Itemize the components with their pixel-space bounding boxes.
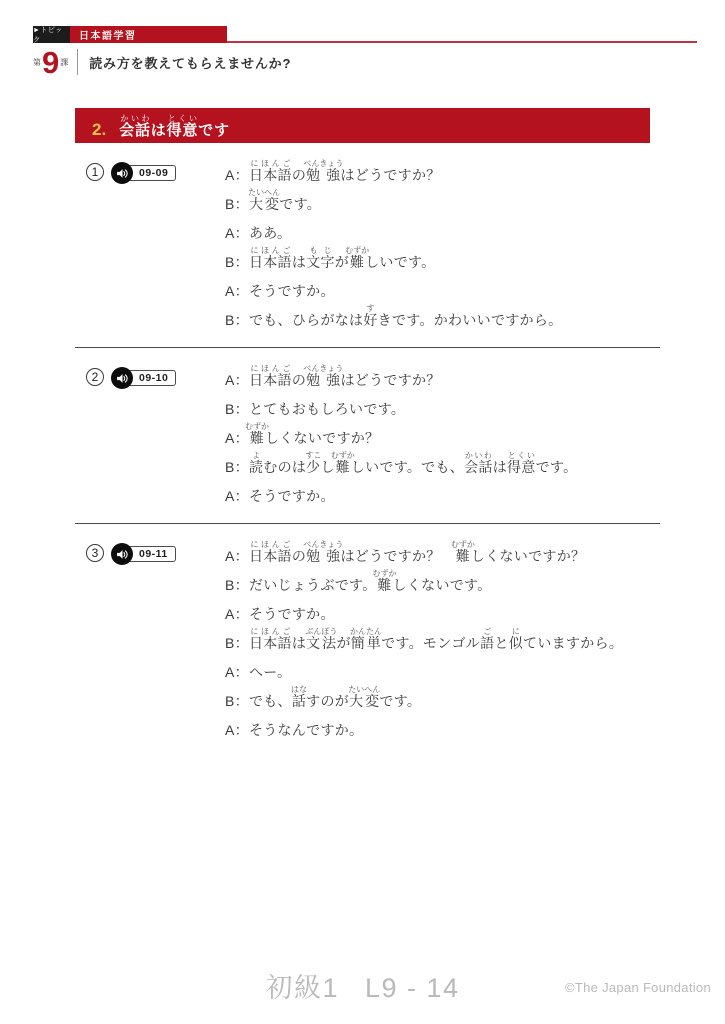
ruby-text: 会話かいわ (119, 122, 151, 139)
dialogue-line: B：日本語にほんごは文字もじが難むずかしいです。 (225, 243, 660, 272)
lesson-title: 読み方を教えてもらえませんか? (89, 53, 291, 72)
ruby-text: 文字もじ (306, 254, 335, 270)
dialogue-line-text: A：そうですか。 (225, 284, 335, 298)
ruby-text: 少すこ (306, 459, 320, 475)
ruby-text: 会話かいわ (464, 459, 493, 475)
dialogue-line: A：難むずかしくないですか？ (225, 419, 660, 448)
speaker-label: B： (225, 196, 249, 212)
speaker-label: B： (225, 254, 249, 270)
dialogue-line: A：日本語にほんごの勉強べんきょうはどうですか？ (225, 361, 660, 390)
dialogues: 109-09A：日本語にほんごの勉強べんきょうはどうですか？B：大変たいへんです… (75, 156, 660, 740)
dialogue-line-text: A：日本語にほんごの勉強べんきょうはどうですか？ 難むずかしくないですか？ (225, 540, 585, 563)
dialogue-line: A：そうなんですか。 (225, 711, 660, 740)
speaker-label: B： (225, 577, 249, 593)
dialogue-line: A：日本語にほんごの勉強べんきょうはどうですか？ 難むずかしくないですか？ (225, 537, 660, 566)
speaker-label: B： (225, 693, 249, 709)
ruby-text: 読よ (249, 459, 263, 475)
header-strip: ►トピック 日本語学習 (33, 26, 697, 43)
footer-level: 初級1 (265, 973, 339, 1003)
speaker-label: A： (225, 167, 249, 183)
speaker-label: A： (225, 225, 249, 241)
ruby-text: 話はな (292, 693, 306, 709)
speaker-label: B： (225, 401, 249, 417)
dialogue-line-text: A：そうですか。 (225, 607, 335, 621)
speaker-label: A： (225, 722, 249, 738)
lesson-divider (77, 49, 78, 75)
lesson-prefix: 第 (33, 57, 41, 68)
dialogue-block: 309-11A：日本語にほんごの勉強べんきょうはどうですか？ 難むずかしくないで… (75, 537, 660, 740)
ruby-text: 難むずか (335, 459, 351, 475)
ruby-text: 難むずか (249, 430, 265, 446)
speaker-label: A： (225, 664, 249, 680)
ruby-text: 似に (509, 635, 523, 651)
dialogue-line: B：とてもおもしろいです。 (225, 390, 660, 419)
dialogue-divider (75, 523, 660, 524)
speaker-icon-button[interactable] (111, 367, 133, 389)
dialogue-meta: 109-09 (86, 156, 225, 330)
dialogue-line: A：そうですか。 (225, 272, 660, 301)
lesson-suffix: 課 (60, 57, 68, 68)
dialogue-line-text: B：読よむのは少すこし難むずかしいです。でも、会話かいわは得意とくいです。 (225, 451, 577, 474)
ruby-text: 勉強べんきょう (306, 372, 340, 388)
dialogue-lines: A：日本語にほんごの勉強べんきょうはどうですか？ 難むずかしくないですか？B：だ… (225, 537, 660, 740)
speaker-label: B： (225, 635, 249, 651)
speaker-icon (116, 372, 129, 385)
dialogue-line-text: A：そうなんですか。 (225, 723, 363, 737)
dialogue-line-text: B：とてもおもしろいです。 (225, 402, 405, 416)
topic-category-bar: 日本語学習 (70, 26, 227, 43)
speaker-label: A： (225, 606, 249, 622)
dialogue-line: B：でも、話はなすのが大変たいへんです。 (225, 682, 660, 711)
copyright: ©The Japan Foundation (565, 980, 711, 995)
topic-tab: ►トピック (33, 26, 70, 43)
dialogue-lines: A：日本語にほんごの勉強べんきょうはどうですか？B：とてもおもしろいです。A：難… (225, 361, 660, 506)
section-number: 2. (92, 121, 106, 138)
dialogue-number-badge: 3 (86, 544, 104, 562)
speaker-icon-button[interactable] (111, 543, 133, 565)
ruby-text: 簡単かんたん (351, 635, 381, 651)
audio-play-chip[interactable]: 09-10 (111, 368, 207, 390)
header-rule (227, 41, 697, 43)
dialogue-lines: A：日本語にほんごの勉強べんきょうはどうですか？B：大変たいへんです。A：ああ。… (225, 156, 660, 330)
speaker-label: B： (225, 459, 249, 475)
speaker-label: A： (225, 372, 249, 388)
section-title: 会話かいわは得意とくいです (119, 114, 230, 138)
dialogue-line: A：日本語にほんごの勉強べんきょうはどうですか？ (225, 156, 660, 185)
ruby-text: 勉強べんきょう (306, 167, 340, 183)
ruby-text: 語ご (480, 635, 494, 651)
dialogue-line-text: A：難むずかしくないですか？ (225, 422, 379, 445)
speaker-label: A： (225, 283, 249, 299)
speaker-icon (116, 167, 129, 180)
dialogue-block: 109-09A：日本語にほんごの勉強べんきょうはどうですか？B：大変たいへんです… (75, 156, 660, 330)
dialogue-line-text: B：でも、ひらがなは好すきです。かわいいですから。 (225, 304, 562, 327)
dialogue-meta: 309-11 (86, 537, 225, 740)
dialogue-line: B：大変たいへんです。 (225, 185, 660, 214)
ruby-text: 勉強べんきょう (306, 548, 340, 564)
dialogue-line-text: B：でも、話はなすのが大変たいへんです。 (225, 685, 421, 708)
dialogue-line: A：そうですか。 (225, 595, 660, 624)
ruby-text: 得意とくい (507, 459, 536, 475)
dialogue-block: 209-10A：日本語にほんごの勉強べんきょうはどうですか？B：とてもおもしろい… (75, 361, 660, 506)
footer-page: L9 - 14 (365, 973, 460, 1003)
dialogue-meta: 209-10 (86, 361, 225, 506)
dialogue-line-text: A：日本語にほんごの勉強べんきょうはどうですか？ (225, 159, 441, 182)
dialogue-line: B：読よむのは少すこし難むずかしいです。でも、会話かいわは得意とくいです。 (225, 448, 660, 477)
dialogue-number-badge: 2 (86, 368, 104, 386)
dialogue-line: A：そうですか。 (225, 477, 660, 506)
ruby-text: 日本語にほんご (249, 635, 292, 651)
speaker-label: A： (225, 548, 249, 564)
speaker-icon (116, 548, 129, 561)
audio-play-chip[interactable]: 09-09 (111, 163, 207, 185)
dialogue-line-text: A：日本語にほんごの勉強べんきょうはどうですか？ (225, 364, 441, 387)
textbook-page: ►トピック 日本語学習 第 9 課 読み方を教えてもらえませんか? 2. 会話か… (0, 0, 725, 1024)
speaker-icon-button[interactable] (111, 162, 133, 184)
dialogue-line: B：でも、ひらがなは好すきです。かわいいですから。 (225, 301, 660, 330)
dialogue-line: B：日本語にほんごは文法ぶんぽうが簡単かんたんです。モンゴル語ごと似にていますか… (225, 624, 660, 653)
section-banner: 2. 会話かいわは得意とくいです (75, 108, 650, 143)
ruby-text: 難むずか (377, 577, 393, 593)
speaker-label: A： (225, 488, 249, 504)
dialogue-line-text: B：日本語にほんごは文法ぶんぽうが簡単かんたんです。モンゴル語ごと似にていますか… (225, 627, 623, 650)
dialogue-number-badge: 1 (86, 163, 104, 181)
audio-play-chip[interactable]: 09-11 (111, 544, 207, 566)
ruby-text: 難むずか (349, 254, 365, 270)
ruby-text: 大変たいへん (349, 693, 379, 709)
dialogue-line-text: B：大変たいへんです。 (225, 188, 321, 211)
dialogue-line: A：ああ。 (225, 214, 660, 243)
dialogue-line-text: A：へー。 (225, 665, 291, 679)
dialogue-line: A：へー。 (225, 653, 660, 682)
ruby-text: 日本語にほんご (249, 372, 292, 388)
lesson-heading: 第 9 課 読み方を教えてもらえませんか? (33, 45, 291, 79)
lesson-number: 9 (42, 47, 59, 78)
speaker-label: B： (225, 312, 249, 328)
ruby-text: 文法ぶんぽう (306, 635, 336, 651)
ruby-text: 好す (363, 312, 377, 328)
dialogue-line: B：だいじょうぶです。難むずかしくないです。 (225, 566, 660, 595)
dialogue-line-text: B：だいじょうぶです。難むずかしくないです。 (225, 569, 492, 592)
ruby-text: 日本語にほんご (249, 548, 292, 564)
ruby-text: 得意とくい (167, 122, 199, 139)
ruby-text: 難むずか (455, 548, 471, 564)
ruby-text: 日本語にほんご (249, 254, 292, 270)
ruby-text: 大変たいへん (249, 196, 279, 212)
dialogue-line-text: A：そうですか。 (225, 489, 335, 503)
dialogue-divider (75, 347, 660, 348)
dialogue-line-text: B：日本語にほんごは文字もじが難むずかしいです。 (225, 246, 435, 269)
ruby-text: 日本語にほんご (249, 167, 292, 183)
dialogue-line-text: A：ああ。 (225, 226, 291, 240)
